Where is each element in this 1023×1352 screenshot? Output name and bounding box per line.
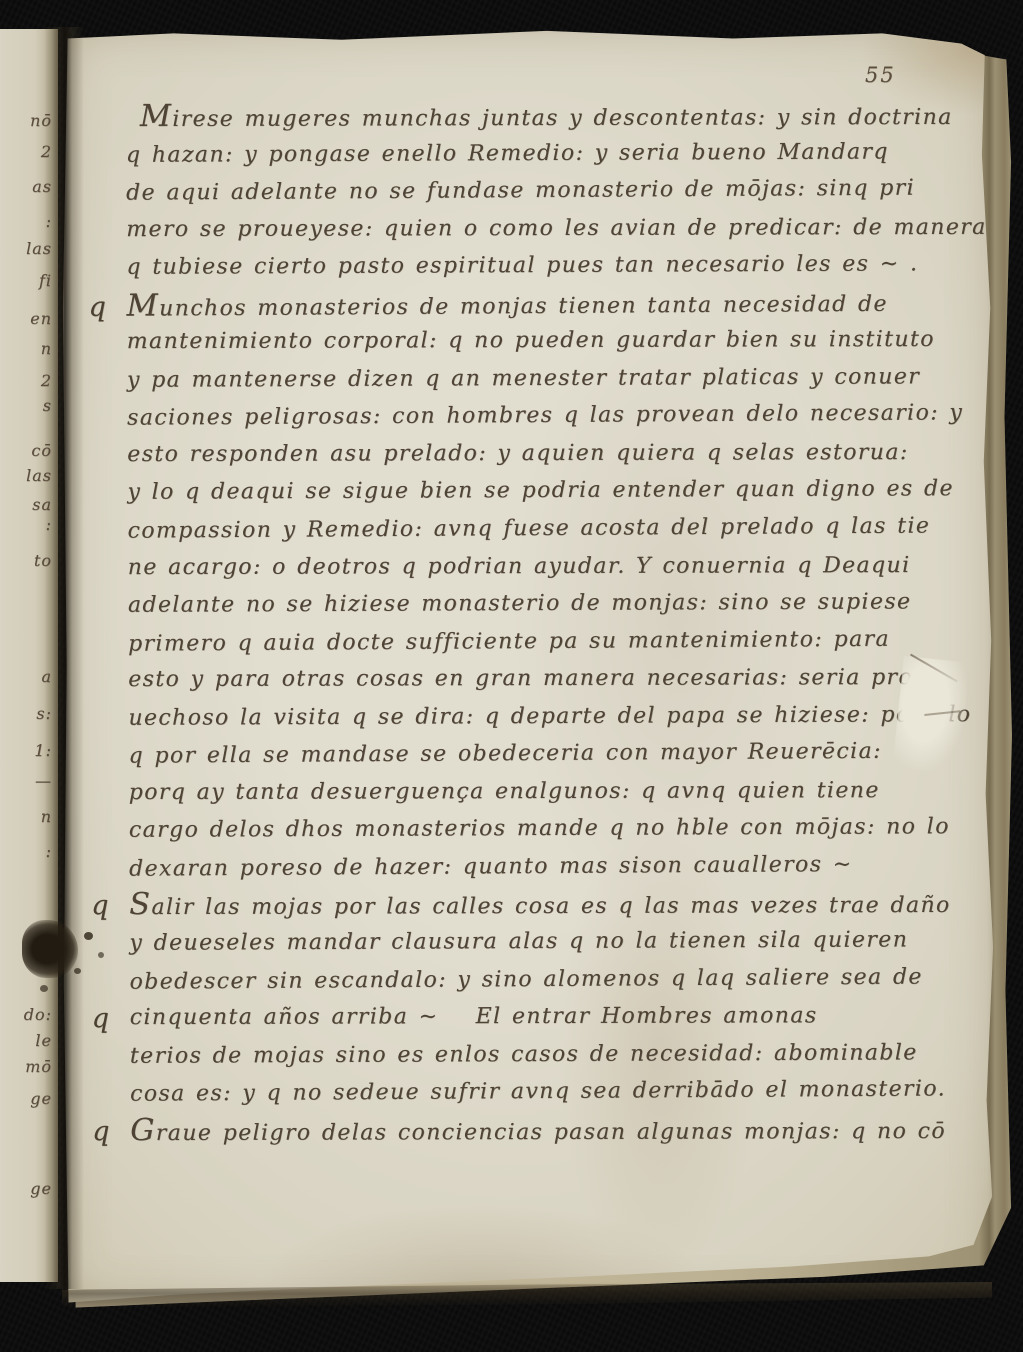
manuscript-line-text: y lo q deaqui se sigue bien se podria en… bbox=[127, 477, 954, 506]
manuscript-line-text: Salir las mojas por las calles cosa es q… bbox=[129, 893, 951, 920]
ink-blot bbox=[22, 920, 78, 978]
manuscript-line: ne acargo: o deotros q podrian ayudar. Y… bbox=[128, 546, 958, 586]
manuscript-line-text: ne acargo: o deotros q podrian ayudar. Y… bbox=[128, 553, 911, 580]
manuscript-line-text: cinquenta años arriba ~ El entrar Hombre… bbox=[130, 1003, 818, 1030]
manuscript-line: esto responden asu prelado: y aquien qui… bbox=[127, 434, 957, 474]
manuscript-line-text: uechoso la visita q se dira: q departe d… bbox=[128, 702, 971, 731]
manuscript-line-text: cargo delos dhos monasterios mande q no … bbox=[129, 815, 950, 844]
manuscript-line-text: q tubiese cierto pasto espiritual pues t… bbox=[126, 252, 918, 280]
manuscript-line-text: dexaran poreso de hazer: quanto mas siso… bbox=[129, 852, 853, 882]
manuscript-line-text: q hazan: y pongase enello Remedio: y ser… bbox=[126, 139, 889, 167]
book-gutter bbox=[44, 27, 84, 1289]
manuscript-line: esto y para otras cosas en gran manera n… bbox=[128, 659, 958, 699]
ink-speck bbox=[98, 952, 104, 958]
manuscript-line-text: adelante no se hiziese monasterio de mon… bbox=[128, 590, 912, 618]
manuscript-scan: nō2as:lasfienn2scōlassa:toas:1:—n:do:lem… bbox=[0, 0, 1023, 1352]
manuscript-line: uechoso la visita q se dira: q departe d… bbox=[128, 696, 958, 737]
ink-speck bbox=[40, 985, 48, 992]
paragraph-mark: q bbox=[89, 289, 108, 327]
manuscript-line-text: Mirese mugeres munchas juntas y desconte… bbox=[140, 105, 953, 132]
manuscript-line: qMunchos monasterios de monjas tienen ta… bbox=[126, 282, 956, 325]
manuscript-line-text: esto responden asu prelado: y aquien qui… bbox=[127, 440, 908, 467]
paragraph-mark: q bbox=[91, 888, 110, 926]
manuscript-line: primero q auia docte sufficiente pa su m… bbox=[128, 620, 958, 663]
manuscript-line-text: saciones peligrosas: con hombres q las p… bbox=[127, 401, 963, 431]
manuscript-line: Mirese mugeres munchas juntas y desconte… bbox=[126, 96, 956, 136]
manuscript-line: y lo q deaqui se sigue bien se podria en… bbox=[127, 471, 957, 512]
manuscript-line: qSalir las mojas por las calles cosa es … bbox=[129, 884, 959, 924]
manuscript-line: qcinquenta años arriba ~ El entrar Hombr… bbox=[130, 997, 960, 1037]
manuscript-line: dexaran poreso de hazer: quanto mas siso… bbox=[129, 845, 959, 888]
manuscript-line: adelante no se hiziese monasterio de mon… bbox=[128, 583, 958, 624]
ink-speck bbox=[84, 932, 93, 940]
manuscript-line-text: primero q auia docte sufficiente pa su m… bbox=[128, 626, 890, 656]
manuscript-line: cosa es: y q no sedeue sufrir avnq sea d… bbox=[130, 1071, 960, 1114]
manuscript-line-text: q por ella se mandase se obedeceria con … bbox=[128, 739, 881, 769]
manuscript-line-text: mero se proueyese: quien o como les avia… bbox=[126, 214, 986, 241]
manuscript-line-text: Graue peligro delas conciencias pasan al… bbox=[130, 1119, 946, 1146]
manuscript-line-text: esto y para otras cosas en gran manera n… bbox=[128, 665, 913, 692]
manuscript-line: mantenimiento corporal: q no pueden guar… bbox=[127, 321, 957, 361]
manuscript-line: q tubiese cierto pasto espiritual pues t… bbox=[126, 245, 956, 286]
manuscript-line: terios de mojas sino es enlos casos de n… bbox=[130, 1034, 960, 1075]
manuscript-line: q hazan: y pongase enello Remedio: y ser… bbox=[126, 133, 956, 174]
manuscript-line-text: porq ay tanta desuerguença enalgunos: q … bbox=[129, 778, 880, 805]
manuscript-line: y deueseles mandar clausura alas q no la… bbox=[129, 921, 959, 962]
manuscript-line-text: y pa mantenerse dizen q an menester trat… bbox=[127, 364, 920, 392]
paragraph-mark: q bbox=[92, 1000, 111, 1038]
manuscript-line: de aqui adelante no se fundase monasteri… bbox=[126, 169, 956, 212]
manuscript-line-text: cosa es: y q no sedeue sufrir avnq sea d… bbox=[130, 1077, 946, 1107]
manuscript-line-text: Munchos monasterios de monjas tienen tan… bbox=[127, 292, 888, 322]
manuscript-line: mero se proueyese: quien o como les avia… bbox=[126, 209, 956, 249]
manuscript-line-text: obedescer sin escandalo: y sino alomenos… bbox=[129, 964, 922, 994]
manuscript-line: compassion y Remedio: avnq fuese acosta … bbox=[127, 507, 957, 550]
paragraph-mark: q bbox=[92, 1113, 111, 1151]
page-tear bbox=[892, 656, 969, 774]
manuscript-line: qGraue peligro delas conciencias pasan a… bbox=[130, 1110, 960, 1150]
ink-speck bbox=[74, 968, 81, 974]
manuscript-line: cargo delos dhos monasterios mande q no … bbox=[129, 809, 959, 850]
manuscript-line: porq ay tanta desuerguença enalgunos: q … bbox=[129, 772, 959, 812]
folio-number: 55 bbox=[865, 63, 896, 87]
manuscript-page: 55 Mirese mugeres munchas juntas y desco… bbox=[62, 27, 994, 1305]
manuscript-line: y pa mantenerse dizen q an menester trat… bbox=[127, 358, 957, 399]
manuscript-line: obedescer sin escandalo: y sino alomenos… bbox=[129, 958, 959, 1001]
manuscript-line-text: mantenimiento corporal: q no pueden guar… bbox=[127, 327, 935, 354]
manuscript-line-text: de aqui adelante no se fundase monasteri… bbox=[126, 176, 915, 206]
manuscript-line: saciones peligrosas: con hombres q las p… bbox=[127, 395, 957, 438]
manuscript-line-text: terios de mojas sino es enlos casos de n… bbox=[130, 1040, 918, 1068]
manuscript-line-text: compassion y Remedio: avnq fuese acosta … bbox=[128, 514, 931, 544]
manuscript-line: q por ella se mandase se obedeceria con … bbox=[128, 733, 958, 776]
text-block: Mirese mugeres munchas juntas y desconte… bbox=[126, 95, 961, 1150]
manuscript-line-text: y deueseles mandar clausura alas q no la… bbox=[129, 927, 908, 955]
